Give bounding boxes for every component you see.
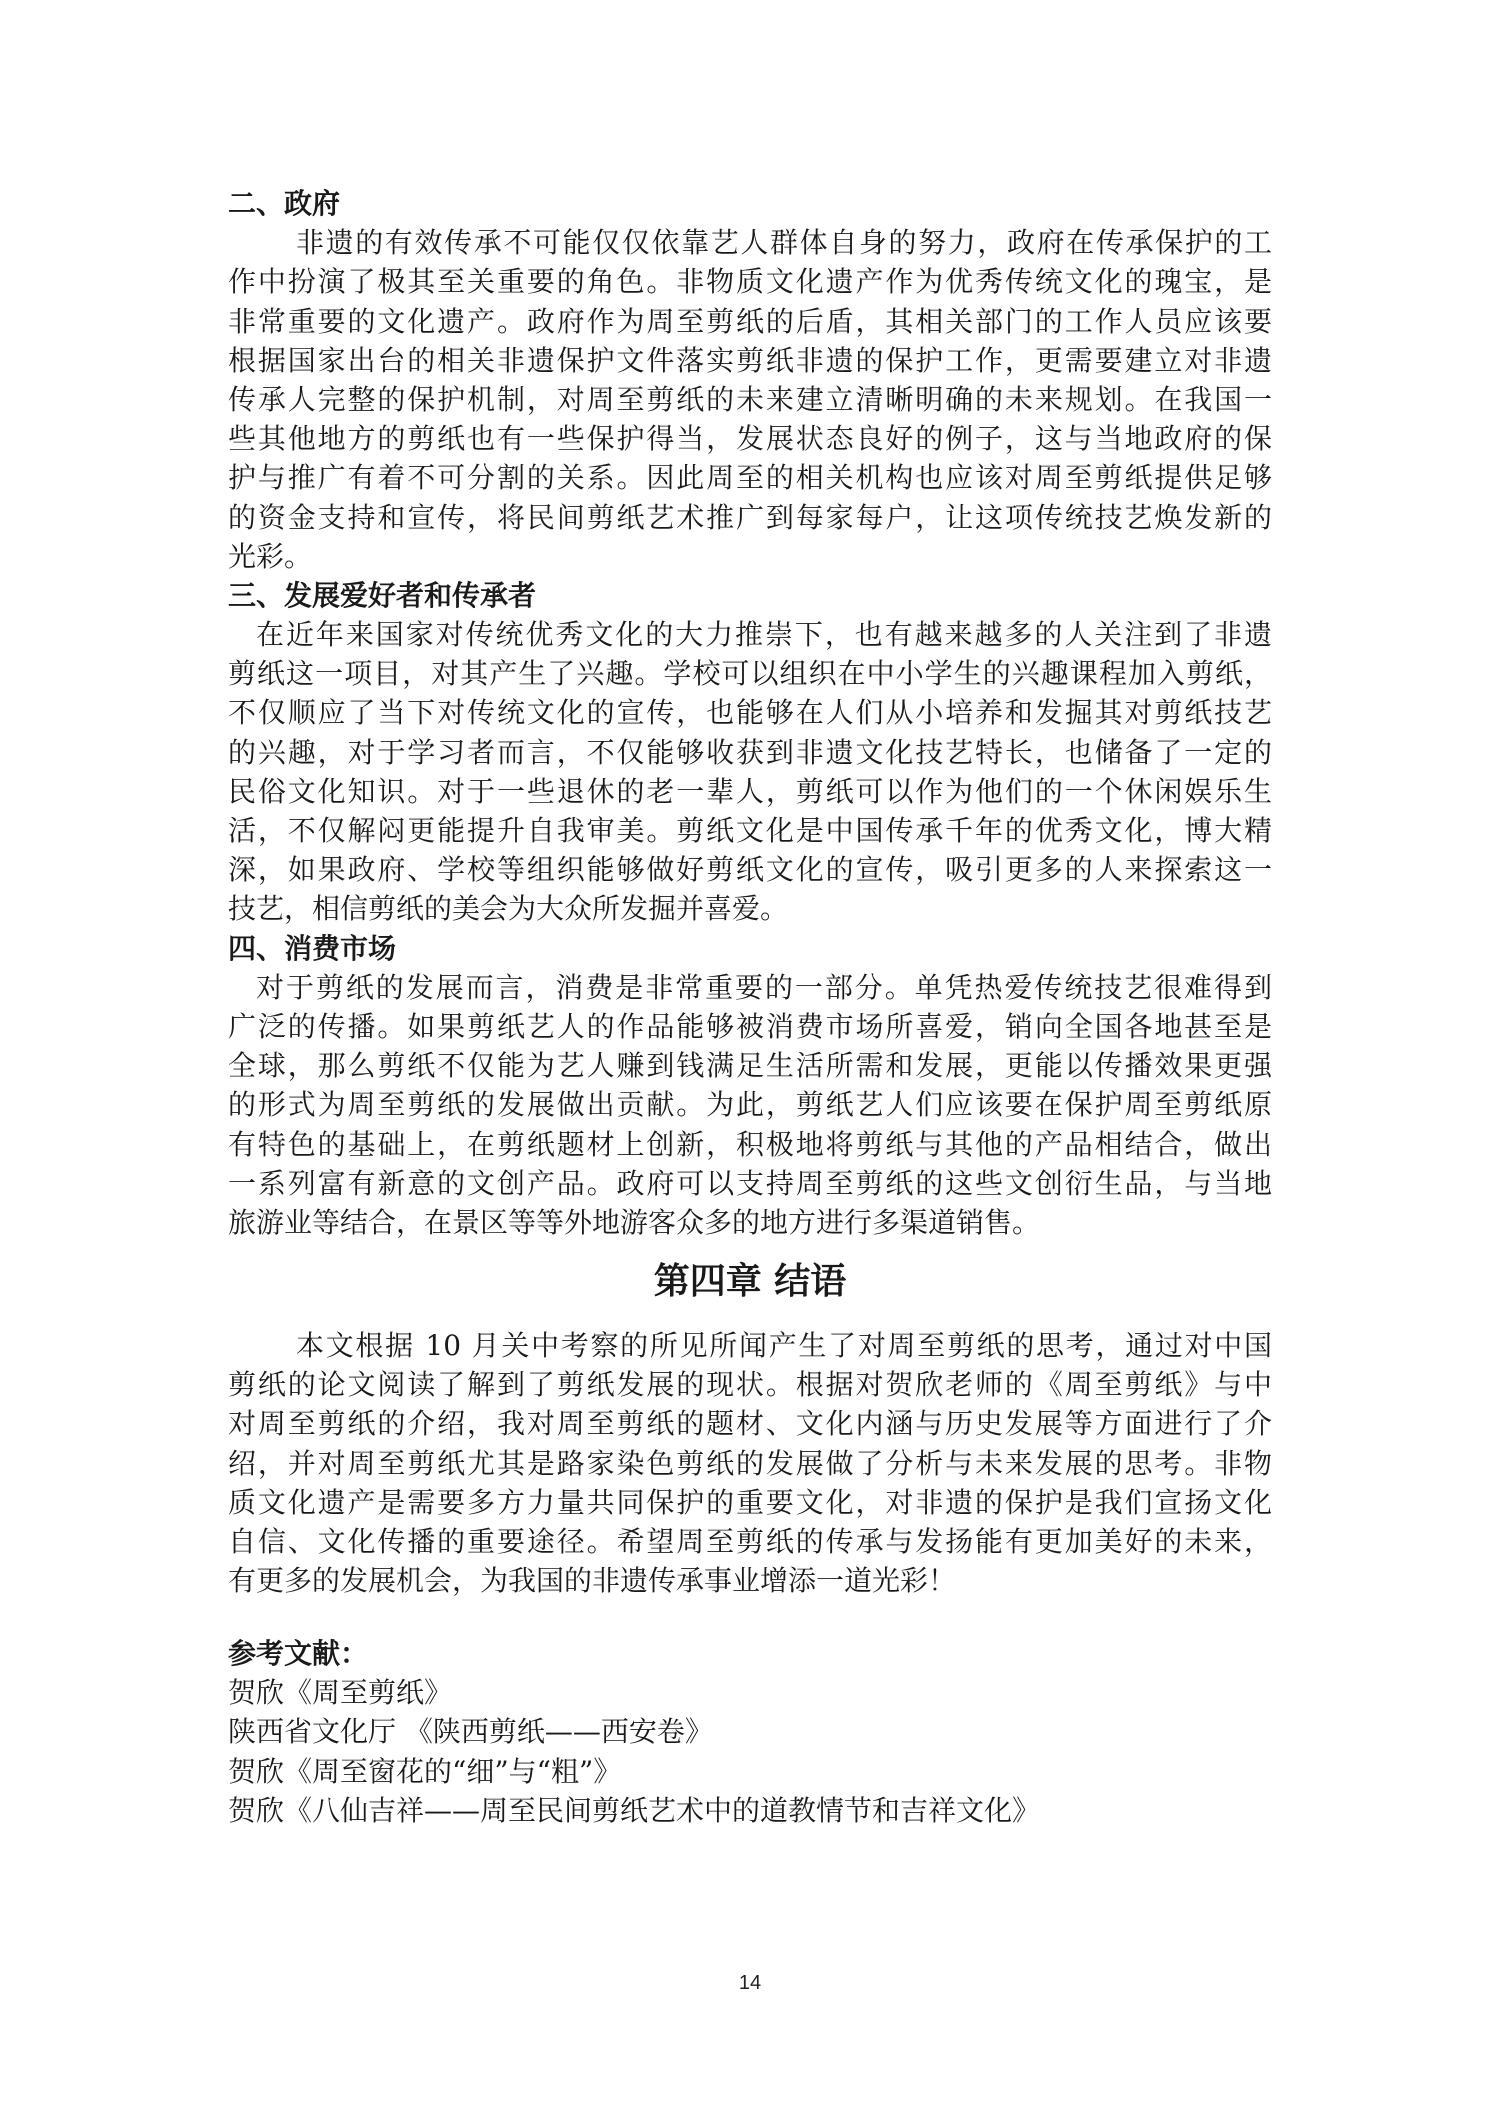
paragraph-line: 本文根据 10 月关中考察的所见所闻产生了对周至剪纸的思考，通过对中国 xyxy=(228,1326,1272,1365)
references-heading: 参考文献： xyxy=(228,1634,1272,1673)
paragraph-line: 光彩。 xyxy=(228,537,1272,576)
paragraph-line: 自信、文化传播的重要途径。希望周至剪纸的传承与发扬能有更加美好的未来， xyxy=(228,1522,1272,1561)
paragraph-line: 些其他地方的剪纸也有一些保护得当，发展状态良好的例子，这与当地政府的保 xyxy=(228,419,1272,458)
paragraph-line: 有特色的基础上，在剪纸题材上创新，积极地将剪纸与其他的产品相结合，做出 xyxy=(228,1125,1272,1164)
paragraph-line: 的资金支持和宣传，将民间剪纸艺术推广到每家每户，让这项传统技艺焕发新的 xyxy=(228,498,1272,537)
paragraph-line: 质文化遗产是需要多方力量共同保护的重要文化，对非遗的保护是我们宣扬文化 xyxy=(228,1483,1272,1522)
chapter-title: 第四章 结语 xyxy=(0,1258,1500,1306)
reference-item: 贺欣《周至剪纸》 xyxy=(228,1673,1272,1712)
references: 参考文献： 贺欣《周至剪纸》 陕西省文化厅 《陕西剪纸——西安卷》 贺欣《周至窗… xyxy=(228,1634,1272,1830)
paragraph-line: 绍，并对周至剪纸尤其是路家染色剪纸的发展做了分析与未来发展的思考。非物 xyxy=(228,1444,1272,1483)
section-enthusiasts: 三、发展爱好者和传承者 在近年来国家对传统优秀文化的大力推崇下，也有越来越多的人… xyxy=(228,576,1272,929)
paragraph-line: 剪纸的论文阅读了解到了剪纸发展的现状。根据对贺欣老师的《周至剪纸》与中 xyxy=(228,1365,1272,1404)
paragraph-line: 作中扮演了极其至关重要的角色。非物质文化遗产作为优秀传统文化的瑰宝，是 xyxy=(228,262,1272,301)
paragraph-line: 全球，那么剪纸不仅能为艺人赚到钱满足生活所需和发展，更能以传播效果更强 xyxy=(228,1046,1272,1085)
paragraph-line: 一系列富有新意的文创产品。政府可以支持周至剪纸的这些文创衍生品，与当地 xyxy=(228,1164,1272,1203)
page-number: 14 xyxy=(0,1972,1500,1995)
section-heading: 二、政府 xyxy=(228,184,1272,223)
paragraph-line: 非常重要的文化遗产。政府作为周至剪纸的后盾，其相关部门的工作人员应该要 xyxy=(228,302,1272,341)
paragraph-line: 非遗的有效传承不可能仅仅依靠艺人群体自身的努力，政府在传承保护的工 xyxy=(228,223,1272,262)
paragraph-line: 对于剪纸的发展而言，消费是非常重要的一部分。单凭热爱传统技艺很难得到 xyxy=(228,968,1272,1007)
reference-item: 贺欣《周至窗花的“细”与“粗”》 xyxy=(228,1752,1272,1791)
paragraph-line: 对周至剪纸的介绍，我对周至剪纸的题材、文化内涵与历史发展等方面进行了介 xyxy=(228,1404,1272,1443)
section-heading: 四、消费市场 xyxy=(228,929,1272,968)
paragraph-line: 剪纸这一项目，对其产生了兴趣。学校可以组织在中小学生的兴趣课程加入剪纸， xyxy=(228,654,1272,693)
reference-item: 贺欣《八仙吉祥——周至民间剪纸艺术中的道教情节和吉祥文化》 xyxy=(228,1791,1272,1830)
conclusion-paragraph: 本文根据 10 月关中考察的所见所闻产生了对周至剪纸的思考，通过对中国 剪纸的论… xyxy=(228,1326,1272,1600)
paragraph-line: 技艺，相信剪纸的美会为大众所发掘并喜爱。 xyxy=(228,889,1272,928)
reference-item: 陕西省文化厅 《陕西剪纸——西安卷》 xyxy=(228,1712,1272,1751)
section-consumer-market: 四、消费市场 对于剪纸的发展而言，消费是非常重要的一部分。单凭热爱传统技艺很难得… xyxy=(228,929,1272,1243)
paragraph-line: 护与推广有着不可分割的关系。因此周至的相关机构也应该对周至剪纸提供足够 xyxy=(228,458,1272,497)
paragraph-line: 深，如果政府、学校等组织能够做好剪纸文化的宣传，吸引更多的人来探索这一 xyxy=(228,850,1272,889)
paragraph-line: 有更多的发展机会，为我国的非遗传承事业增添一道光彩！ xyxy=(228,1561,1272,1600)
paragraph-line: 在近年来国家对传统优秀文化的大力推崇下，也有越来越多的人关注到了非遗 xyxy=(228,615,1272,654)
paragraph-line: 根据国家出台的相关非遗保护文件落实剪纸非遗的保护工作，更需要建立对非遗 xyxy=(228,341,1272,380)
paragraph-line: 传承人完整的保护机制，对周至剪纸的未来建立清晰明确的未来规划。在我国一 xyxy=(228,380,1272,419)
paragraph-line: 民俗文化知识。对于一些退休的老一辈人，剪纸可以作为他们的一个休闲娱乐生 xyxy=(228,772,1272,811)
section-government: 二、政府 非遗的有效传承不可能仅仅依靠艺人群体自身的努力，政府在传承保护的工 作… xyxy=(228,184,1272,576)
paragraph-line: 旅游业等结合，在景区等等外地游客众多的地方进行多渠道销售。 xyxy=(228,1203,1272,1242)
paragraph-line: 的形式为周至剪纸的发展做出贡献。为此，剪纸艺人们应该要在保护周至剪纸原 xyxy=(228,1085,1272,1124)
paragraph-line: 的兴趣，对于学习者而言，不仅能够收获到非遗文化技艺特长，也储备了一定的 xyxy=(228,733,1272,772)
paragraph-line: 广泛的传播。如果剪纸艺人的作品能够被消费市场所喜爱，销向全国各地甚至是 xyxy=(228,1007,1272,1046)
section-heading: 三、发展爱好者和传承者 xyxy=(228,576,1272,615)
paragraph-line: 不仅顺应了当下对传统文化的宣传，也能够在人们从小培养和发掘其对剪纸技艺 xyxy=(228,693,1272,732)
paragraph-line: 活，不仅解闷更能提升自我审美。剪纸文化是中国传承千年的优秀文化，博大精 xyxy=(228,811,1272,850)
body-sections: 二、政府 非遗的有效传承不可能仅仅依靠艺人群体自身的努力，政府在传承保护的工 作… xyxy=(228,184,1272,1242)
